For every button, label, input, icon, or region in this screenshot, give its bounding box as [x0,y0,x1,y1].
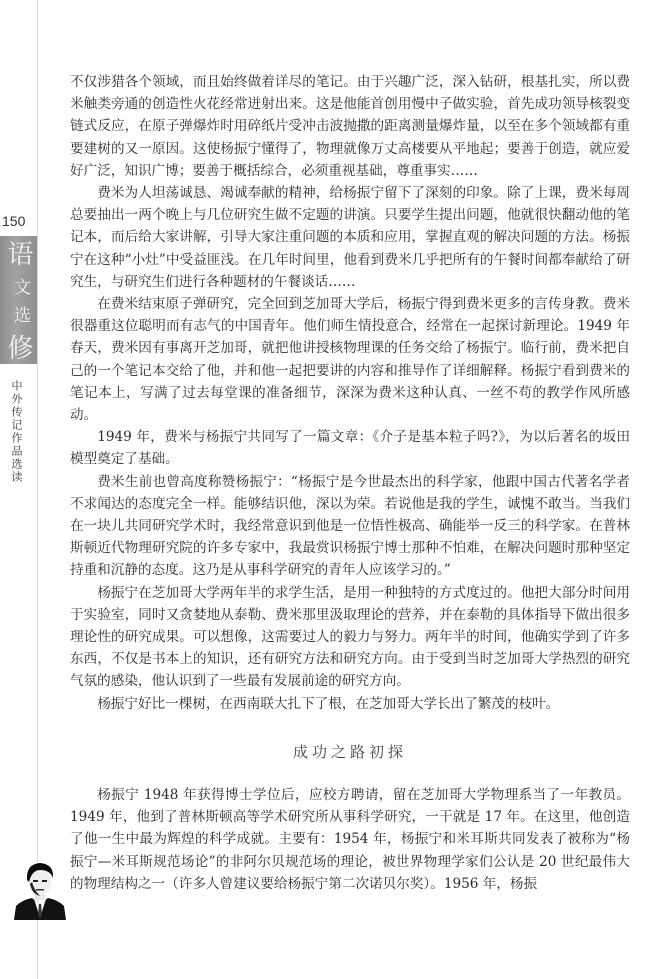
person-portrait-icon [14,858,66,920]
series-label: 中外传记作品选读 [8,380,24,484]
paragraph: 不仅涉猎各个领域，而且始终做着详尽的笔记。由于兴趣广泛，深入钻研，根基扎实，所以… [70,71,630,182]
page-body: 不仅涉猎各个领域，而且始终做着详尽的笔记。由于兴趣广泛，深入钻研，根基扎实，所以… [70,71,630,895]
book-title-char: 语 [0,236,37,274]
book-title-band: 语 文 选 修 [0,236,37,364]
paragraph: 杨振宁好比一棵树，在西南联大扎下了根，在芝加哥大学长出了繁茂的枝叶。 [70,693,630,715]
paragraph: 1949 年，费米与杨振宁共同写了一篇文章：《介子是基本粒子吗?》，为以后著名的… [70,426,630,470]
page-margin-line [37,0,38,979]
book-title-char: 文 [0,274,37,302]
portrait-image [14,858,66,920]
paragraph: 费米为人坦荡诚恳、竭诚奉献的精神，给杨振宁留下了深刻的印象。除了上课，费米每周总… [70,182,630,293]
section-title: 成功之路初探 [70,741,630,762]
book-title-char: 选 [0,302,37,330]
paragraph: 费米生前也曾高度称赞杨振宁：“杨振宁是今世最杰出的科学家，他跟中国古代著名学者不… [70,471,630,582]
page-number: 150 [2,213,25,229]
paragraph: 杨振宁在芝加哥大学两年半的求学生活，是用一种独特的方式度过的。他把大部分时间用于… [70,582,630,693]
paragraph: 杨振宁 1948 年获得博士学位后，应校方聘请，留在芝加哥大学物理系当了一年教员… [70,784,630,895]
book-title-char: 修 [0,330,37,368]
paragraph: 在费米结束原子弹研究，完全回到芝加哥大学后，杨振宁得到费米更多的言传身教。费米很… [70,293,630,426]
